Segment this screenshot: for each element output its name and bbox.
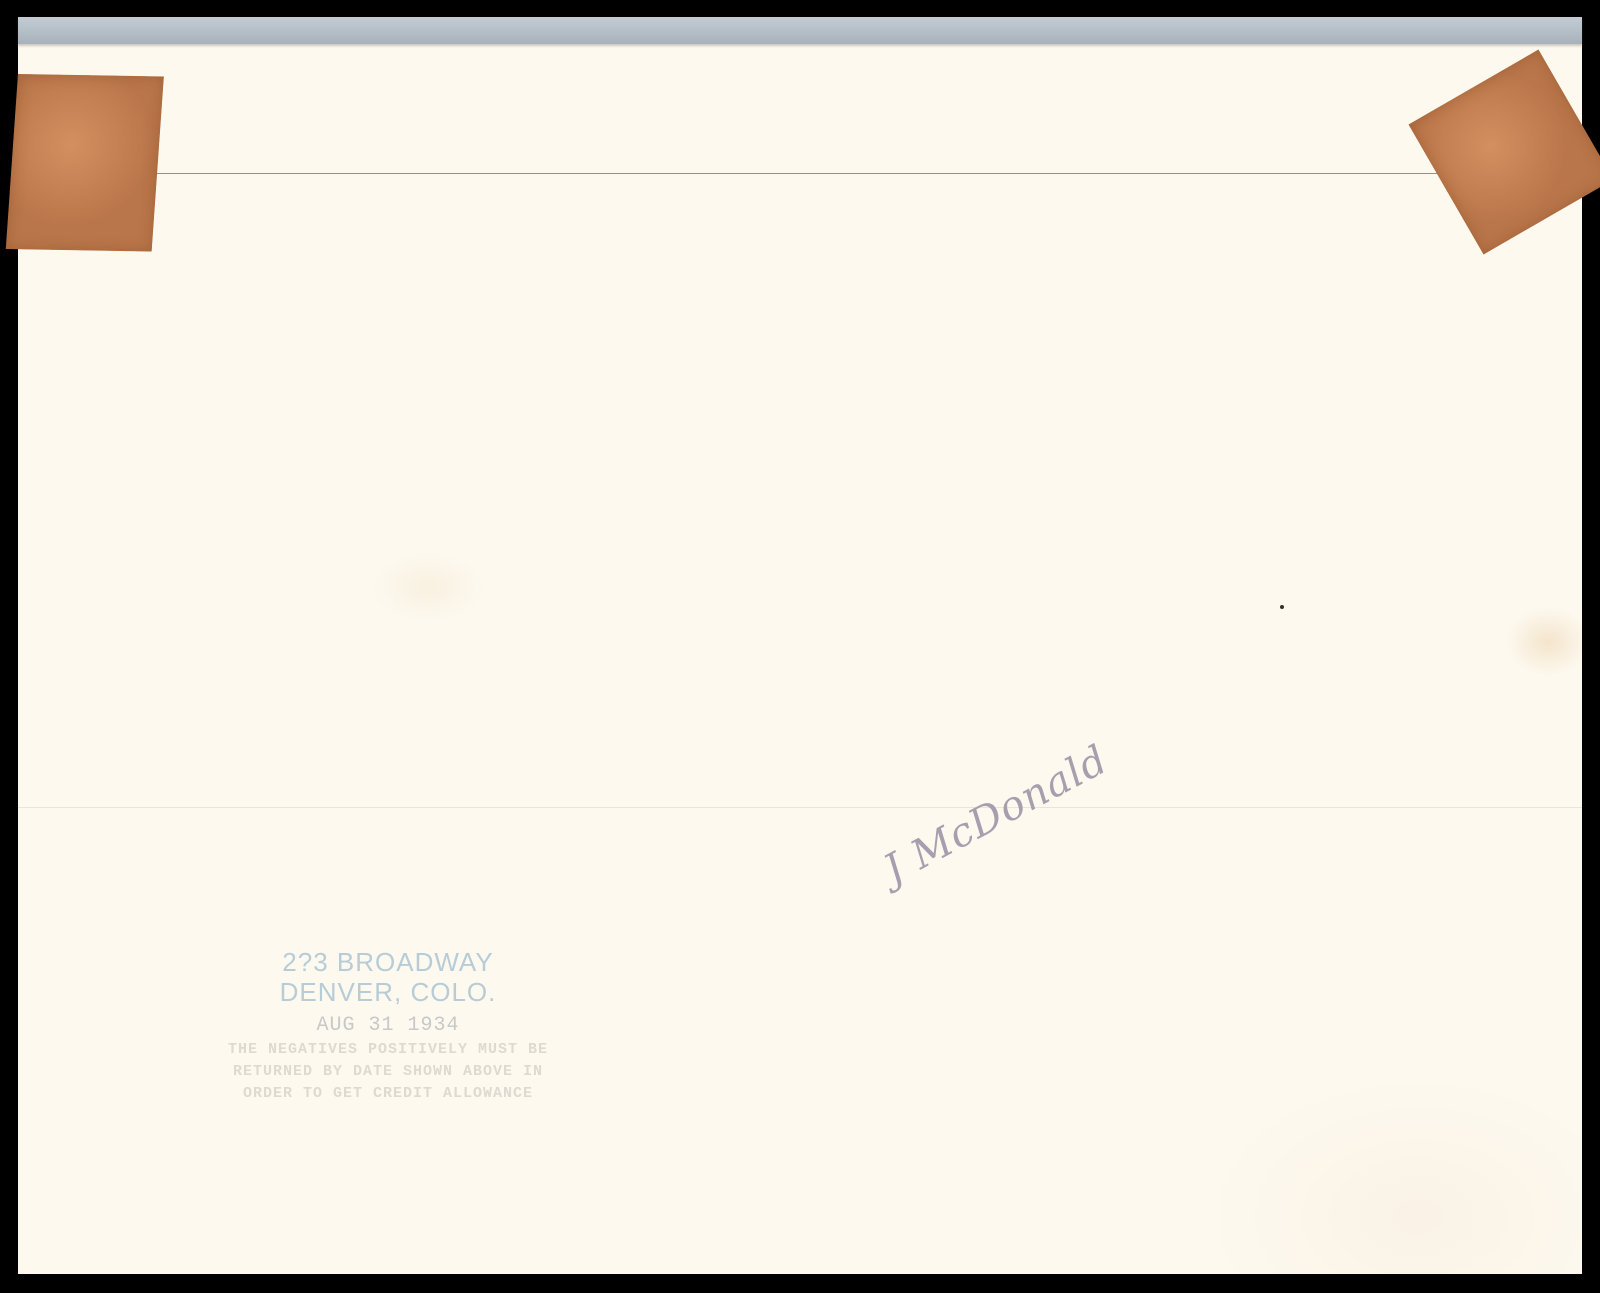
stamp-city: DENVER, COLO.: [128, 977, 648, 1007]
stamp-notice-line: RETURNED BY DATE SHOWN ABOVE IN: [128, 1061, 648, 1083]
tape-corner-right: [1409, 50, 1600, 255]
dirt-speck: [1280, 605, 1284, 609]
pencil-signature: J McDonald: [876, 737, 1115, 893]
top-edge-band: [18, 17, 1582, 44]
studio-stamp: 2?3 BROADWAY DENVER, COLO. AUG 31 1934 T…: [128, 887, 648, 1105]
tape-corner-left: [6, 74, 164, 252]
faint-crease: [18, 807, 1582, 808]
stamp-line-2: [128, 917, 648, 947]
photo-back: 2?3 BROADWAY DENVER, COLO. AUG 31 1934 T…: [18, 17, 1582, 1274]
stamp-line-1: [128, 887, 648, 917]
stamp-notice-line: THE NEGATIVES POSITIVELY MUST BE: [128, 1039, 648, 1061]
stamp-address: 2?3 BROADWAY: [128, 947, 648, 977]
fold-line: [18, 173, 1582, 174]
stamp-date: AUG 31 1934: [128, 1013, 648, 1039]
stamp-notice-line: ORDER TO GET CREDIT ALLOWANCE: [128, 1083, 648, 1105]
